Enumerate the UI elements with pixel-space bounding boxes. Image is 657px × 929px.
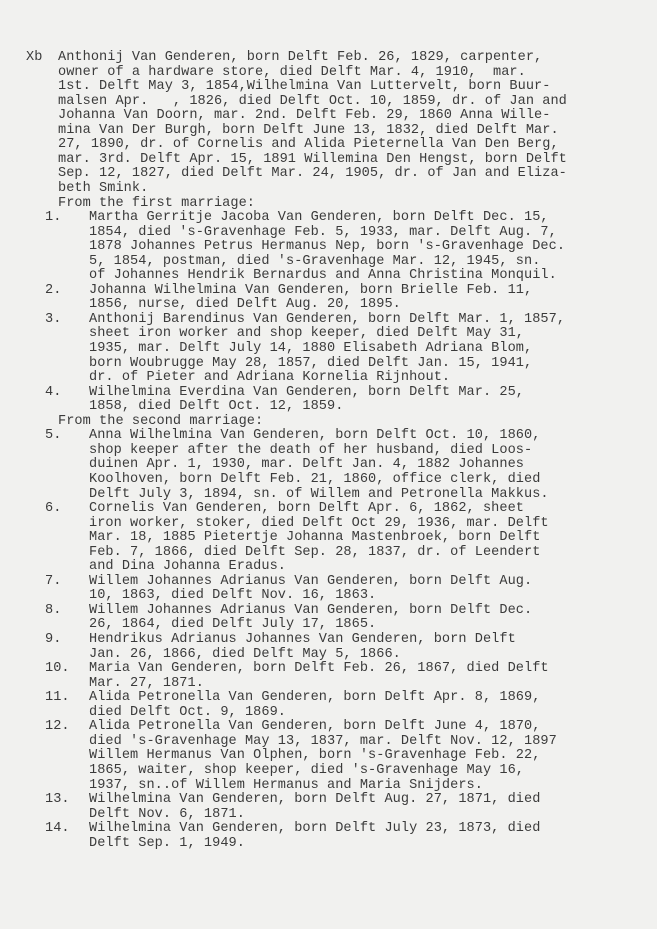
child-line: 1937, sn..of Willem Hermanus and Maria S… xyxy=(89,779,483,793)
head-line: beth Smink. xyxy=(58,182,148,196)
child-line: Hendrikus Adrianus Johannes Van Genderen… xyxy=(89,633,516,647)
child-number: 5. xyxy=(45,429,61,443)
child-line: Maria Van Genderen, born Delft Feb. 26, … xyxy=(89,662,549,676)
child-number: 4. xyxy=(45,386,61,400)
head-line: Anthonij Van Genderen, born Delft Feb. 2… xyxy=(58,51,542,65)
child-number: 10. xyxy=(45,662,70,676)
child-line: Mar. 18, 1885 Pietertje Johanna Mastenbr… xyxy=(89,531,540,545)
child-line: sheet iron worker and shop keeper, died … xyxy=(89,327,524,341)
child-line: Wilhelmina Everdina Van Genderen, born D… xyxy=(89,386,524,400)
child-number: 1. xyxy=(45,211,61,225)
child-number: 8. xyxy=(45,604,61,618)
child-number: 6. xyxy=(45,502,61,516)
child-line: Koolhoven, born Delft Feb. 21, 1860, off… xyxy=(89,473,540,487)
child-line: born Woubrugge May 28, 1857, died Delft … xyxy=(89,357,532,371)
child-line: Cornelis Van Genderen, born Delft Apr. 6… xyxy=(89,502,524,516)
child-line: Wilhelmina Van Genderen, born Delft July… xyxy=(89,822,540,836)
section-heading: From the first marriage: xyxy=(58,197,255,211)
child-line: Feb. 7, 1866, died Delft Sep. 28, 1837, … xyxy=(89,546,540,560)
child-line: 1854, died 's-Gravenhage Feb. 5, 1933, m… xyxy=(89,226,557,240)
child-line: died Delft Oct. 9, 1869. xyxy=(89,706,286,720)
head-line: malsen Apr. , 1826, died Delft Oct. 10, … xyxy=(58,95,567,109)
child-line: Wilhelmina Van Genderen, born Delft Aug.… xyxy=(89,793,540,807)
section-heading: From the second marriage: xyxy=(58,415,263,429)
child-number: 7. xyxy=(45,575,61,589)
child-line: iron worker, stoker, died Delft Oct 29, … xyxy=(89,517,549,531)
child-line: Johanna Wilhelmina Van Genderen, born Br… xyxy=(89,284,532,298)
child-line: 1856, nurse, died Delft Aug. 20, 1895. xyxy=(89,298,401,312)
child-number: 2. xyxy=(45,284,61,298)
head-line: mar. 3rd. Delft Apr. 15, 1891 Willemina … xyxy=(58,153,567,167)
child-number: 11. xyxy=(45,691,70,705)
child-line: Delft July 3, 1894, sn. of Willem and Pe… xyxy=(89,488,549,502)
head-line: owner of a hardware store, died Delft Ma… xyxy=(58,66,526,80)
child-line: died 's-Gravenhage May 13, 1837, mar. De… xyxy=(89,735,557,749)
child-line: and Dina Johanna Eradus. xyxy=(89,560,286,574)
child-line: shop keeper after the death of her husba… xyxy=(89,444,532,458)
child-line: Mar. 27, 1871. xyxy=(89,677,204,691)
child-number: 9. xyxy=(45,633,61,647)
child-line: Alida Petronella Van Genderen, born Delf… xyxy=(89,691,540,705)
child-line: Delft Nov. 6, 1871. xyxy=(89,808,245,822)
child-number: 14. xyxy=(45,822,70,836)
child-line: Jan. 26, 1866, died Delft May 5, 1866. xyxy=(89,648,401,662)
child-line: Martha Gerritje Jacoba Van Genderen, bor… xyxy=(89,211,549,225)
head-line: 1st. Delft May 3, 1854,Wilhelmina Van Lu… xyxy=(58,80,550,94)
child-number: 13. xyxy=(45,793,70,807)
child-line: 1935, mar. Delft July 14, 1880 Elisabeth… xyxy=(89,342,532,356)
child-line: Delft Sep. 1, 1949. xyxy=(89,837,245,851)
entry-code: Xb xyxy=(26,51,42,65)
child-line: Alida Petronella Van Genderen, born Delf… xyxy=(89,720,540,734)
child-line: 26, 1864, died Delft July 17, 1865. xyxy=(89,618,376,632)
head-line: mina Van Der Burgh, born Delft June 13, … xyxy=(58,124,559,138)
child-line: Willem Johannes Adrianus Van Genderen, b… xyxy=(89,604,532,618)
child-number: 3. xyxy=(45,313,61,327)
child-line: 1865, waiter, shop keeper, died 's-Grave… xyxy=(89,764,524,778)
head-line: 27, 1890, dr. of Cornelis and Alida Piet… xyxy=(58,138,559,152)
child-line: 1858, died Delft Oct. 12, 1859. xyxy=(89,400,343,414)
child-line: dr. of Pieter and Adriana Kornelia Rijnh… xyxy=(89,371,450,385)
child-line: 1878 Johannes Petrus Hermanus Nep, born … xyxy=(89,240,565,254)
child-line: Anna Wilhelmina Van Genderen, born Delft… xyxy=(89,429,540,443)
child-line: of Johannes Hendrik Bernardus and Anna C… xyxy=(89,269,557,283)
child-line: Willem Johannes Adrianus Van Genderen, b… xyxy=(89,575,532,589)
child-line: duinen Apr. 1, 1930, mar. Delft Jan. 4, … xyxy=(89,458,524,472)
child-line: Willem Hermanus Van Olphen, born 's-Grav… xyxy=(89,749,540,763)
child-number: 12. xyxy=(45,720,70,734)
child-line: 5, 1854, postman, died 's-Gravenhage Mar… xyxy=(89,255,540,269)
head-line: Sep. 12, 1827, died Delft Mar. 24, 1905,… xyxy=(58,167,567,181)
child-line: Anthonij Barendinus Van Genderen, born D… xyxy=(89,313,565,327)
head-line: Johanna Van Doorn, mar. 2nd. Delft Feb. … xyxy=(58,109,550,123)
typewritten-page: XbAnthonij Van Genderen, born Delft Feb.… xyxy=(0,0,657,929)
child-line: 10, 1863, died Delft Nov. 16, 1863. xyxy=(89,589,376,603)
